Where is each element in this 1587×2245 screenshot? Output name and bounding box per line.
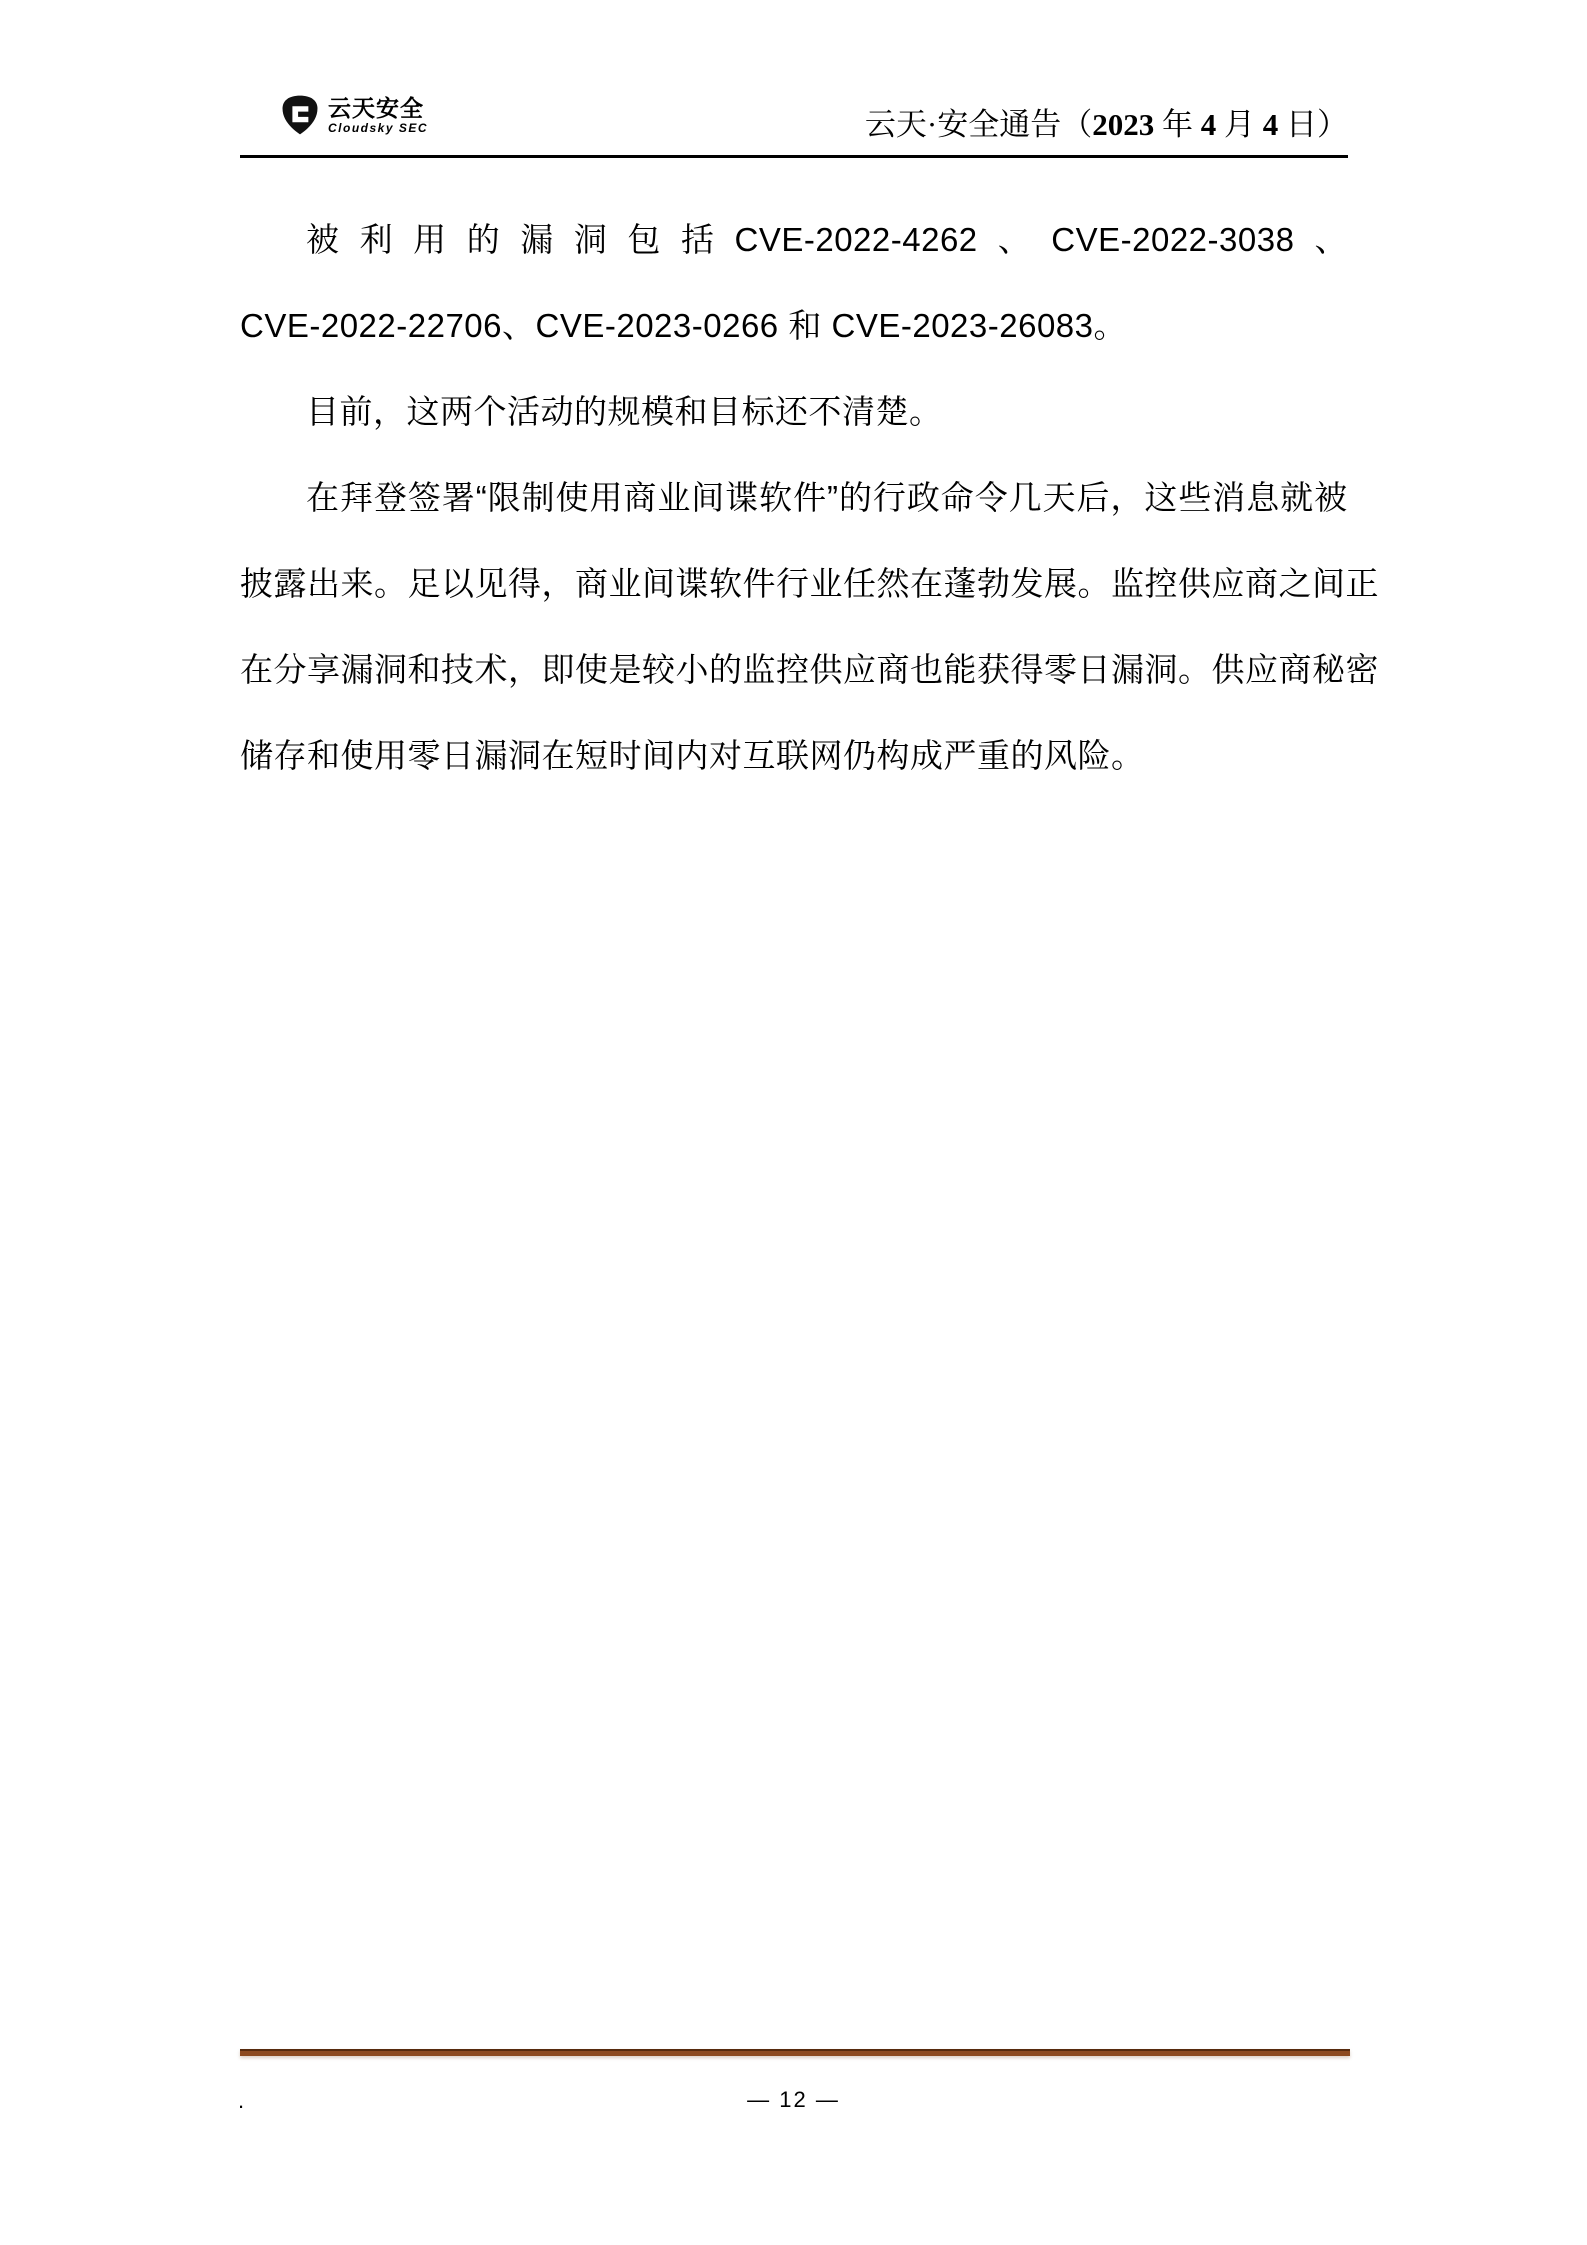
text-token: 政 [907, 455, 941, 541]
text-token: 业 [810, 541, 844, 627]
footer-divider [240, 2049, 1350, 2056]
text-token: 即 [542, 627, 576, 713]
title-year: 2023 [1092, 107, 1154, 142]
body-line: 目前，这两个活动的规模和目标还不清楚。 [240, 369, 1348, 455]
text-token: 业 [657, 455, 691, 541]
text-token: 日 [1078, 627, 1112, 713]
text-token: 密 [1346, 627, 1380, 713]
text-token: 的 [467, 197, 501, 283]
text-token: 行 [873, 455, 907, 541]
text-token: 括 [681, 197, 715, 283]
text-token: 应 [1212, 541, 1246, 627]
text-token: 些 [1178, 455, 1212, 541]
body-line: 披露出来。足以见得，商业间谍软件行业任然在蓬勃发展。监控供应商之间正 [240, 541, 1348, 627]
text-token: 享 [307, 627, 341, 713]
text-token: 展 [1044, 541, 1078, 627]
text-token: 命 [941, 455, 975, 541]
text-token: 行 [776, 541, 810, 627]
text-token: 供 [1178, 541, 1212, 627]
body-line: 储存和使用零日漏洞在短时间内对互联网仍构成严重的风险。 [240, 713, 1348, 799]
text-token: 应 [843, 627, 877, 713]
text-token: 限 [488, 455, 522, 541]
text-token: 署 [442, 455, 476, 541]
text-token: 天 [1043, 455, 1077, 541]
text-token: 、 [1315, 197, 1349, 283]
text-token: 以 [441, 541, 475, 627]
text-token: 正 [1346, 541, 1380, 627]
text-token: 。 [1178, 627, 1212, 713]
text-token: 间 [691, 455, 725, 541]
body-line: 在分享漏洞和技术，即使是较小的监控供应商也能获得零日漏洞。供应商秘密 [240, 627, 1348, 713]
text-token: 使 [556, 455, 590, 541]
text-token: 、 [998, 197, 1032, 283]
text-token: 。 [1078, 541, 1112, 627]
body-line: 被利用的漏洞包括CVE-2022-4262、CVE-2022-3038、 [240, 197, 1348, 283]
text-token: 几 [1009, 455, 1043, 541]
body-line: 在拜登签署“限制使用商业间谍软件”的行政命令几天后，这些消息就被 [240, 455, 1348, 541]
text-token: 就 [1280, 455, 1314, 541]
text-token: 应 [1245, 627, 1279, 713]
text-token: 供 [1212, 627, 1246, 713]
text-token: 得 [508, 541, 542, 627]
text-token: 间 [642, 541, 676, 627]
text-token: 间 [1312, 541, 1346, 627]
text-token: 供 [810, 627, 844, 713]
text-token: 使 [575, 627, 609, 713]
text-token: 谍 [676, 541, 710, 627]
text-token: 这 [1144, 455, 1178, 541]
text-token: 漏 [341, 627, 375, 713]
text-token: 的 [839, 455, 873, 541]
text-token: 被 [1314, 455, 1348, 541]
title-month-unit: 月 [1216, 107, 1263, 142]
title-day: 4 [1263, 107, 1279, 142]
text-token: 包 [627, 197, 661, 283]
document-page: 云天安全 Cloudsky SEC 云天·安全通告（2023 年 4 月 4 日… [0, 0, 1587, 2245]
text-token: 秘 [1312, 627, 1346, 713]
text-token: 漏 [1111, 627, 1145, 713]
page-number: — 12 — [0, 2086, 1587, 2114]
text-token: 零 [1044, 627, 1078, 713]
text-token: 谍 [725, 455, 759, 541]
text-token: 技 [441, 627, 475, 713]
text-token: 勃 [977, 541, 1011, 627]
text-token: 控 [776, 627, 810, 713]
text-token: ， [508, 627, 542, 713]
text-token: 获 [977, 627, 1011, 713]
text-token: 利 [360, 197, 394, 283]
text-token: 制 [522, 455, 556, 541]
text-token: 然 [877, 541, 911, 627]
text-token: 商 [623, 455, 657, 541]
text-token: 得 [1011, 627, 1045, 713]
text-token: 商 [1279, 627, 1313, 713]
text-token: “ [476, 455, 488, 541]
text-token: 被 [306, 197, 340, 283]
text-token: 件 [743, 541, 777, 627]
text-token: 软 [759, 455, 793, 541]
text-token: 监 [743, 627, 777, 713]
text-token: 洞 [574, 197, 608, 283]
text-token: 商 [575, 541, 609, 627]
text-token: 和 [408, 627, 442, 713]
text-token: 商 [1245, 541, 1279, 627]
text-token: 也 [910, 627, 944, 713]
text-token: 洞 [1145, 627, 1179, 713]
text-token: 能 [944, 627, 978, 713]
text-token: 软 [709, 541, 743, 627]
text-token: 拜 [340, 455, 374, 541]
text-token: 较 [642, 627, 676, 713]
text-token: 业 [609, 541, 643, 627]
text-token: 签 [408, 455, 442, 541]
text-token: 漏 [520, 197, 554, 283]
body-text: 被利用的漏洞包括CVE-2022-4262、CVE-2022-3038、 CVE… [240, 197, 1348, 799]
text-token: 在 [910, 541, 944, 627]
text-token: 消 [1212, 455, 1246, 541]
text-token: 用 [413, 197, 447, 283]
text-token: 是 [609, 627, 643, 713]
text-token: 之 [1279, 541, 1313, 627]
title-day-unit: 日） [1278, 107, 1348, 142]
text-token: CVE-2022-4262 [735, 197, 978, 283]
text-token: 小 [676, 627, 710, 713]
text-token: 足 [408, 541, 442, 627]
text-token: 出 [307, 541, 341, 627]
text-token: 在 [240, 627, 274, 713]
text-token: 控 [1145, 541, 1179, 627]
text-token: ， [1110, 455, 1144, 541]
header-title: 云天·安全通告（2023 年 4 月 4 日） [240, 107, 1348, 143]
text-token: 监 [1111, 541, 1145, 627]
header-divider [240, 155, 1348, 158]
text-token: 件 [793, 455, 827, 541]
text-token: 令 [975, 455, 1009, 541]
text-token: 露 [274, 541, 308, 627]
text-token: 见 [475, 541, 509, 627]
text-token: 披 [240, 541, 274, 627]
text-token: ” [827, 455, 839, 541]
text-token: 息 [1246, 455, 1280, 541]
text-token: 后 [1077, 455, 1111, 541]
text-token: 任 [843, 541, 877, 627]
text-token: 在 [306, 455, 340, 541]
body-line: CVE-2022-22706、CVE-2023-0266 和 CVE-2023-… [240, 283, 1348, 369]
text-token: 分 [274, 627, 308, 713]
text-token: CVE-2022-3038 [1051, 197, 1294, 283]
title-prefix: 云天·安全通告（ [865, 107, 1092, 142]
text-token: 蓬 [944, 541, 978, 627]
text-token: 来 [341, 541, 375, 627]
text-token: 商 [877, 627, 911, 713]
text-token: 发 [1011, 541, 1045, 627]
title-year-unit: 年 [1154, 107, 1201, 142]
text-token: 的 [709, 627, 743, 713]
text-token: 术 [475, 627, 509, 713]
text-token: 。 [374, 541, 408, 627]
title-month: 4 [1201, 107, 1217, 142]
text-token: 洞 [374, 627, 408, 713]
text-token: ， [542, 541, 576, 627]
text-token: 用 [589, 455, 623, 541]
text-token: 登 [374, 455, 408, 541]
